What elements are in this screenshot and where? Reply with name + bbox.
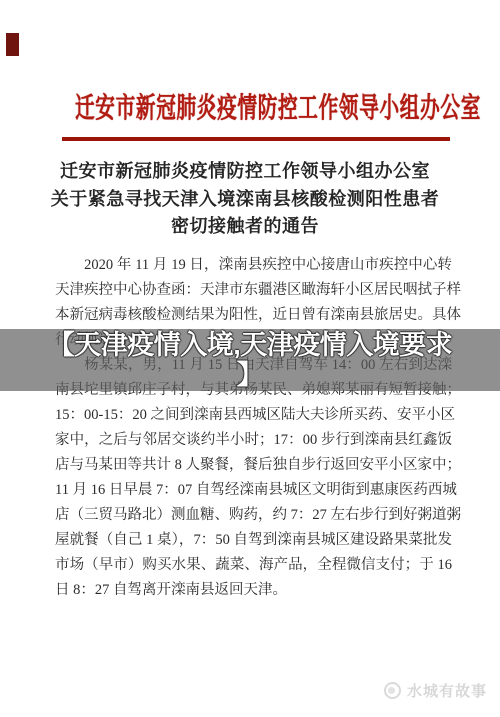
body-line: 市场（早市）购买水果、蔬菜、海产品，全程微信支付；于 16 (55, 553, 452, 578)
corner-red-mark (6, 33, 19, 56)
body-line: 店与马某田等共计 8 人聚餐，餐后独自步行返回安平小区家中； (55, 453, 452, 478)
notice-body: 2020 年 11 月 19 日，滦南县疾控中心接唐山市疾控中心转 天津疾控中心… (55, 253, 452, 603)
body-line: 15：00-15：20 之间到滦南县西城区陆大夫诊所买药、安平小区 (55, 403, 452, 428)
overlay-caption-text: 【天津疫情入境,天津疫情入境要求 (48, 330, 453, 360)
keyword-caption-overlay: 【天津疫情入境,天津疫情入境要求 】 (0, 329, 500, 391)
body-line: 家中，之后与邻居交谈约半小时；17：00 步行到滦南县红鑫饭 (55, 428, 452, 453)
notice-heading: 迁安市新冠肺炎疫情防控工作领导小组办公室 关于紧急寻找天津入境滦南县核酸检测阳性… (0, 158, 490, 241)
body-line: 日 8：27 自驾离开滦南县返回天津。 (55, 578, 452, 603)
circle-logo-icon (384, 682, 401, 699)
body-line: 2020 年 11 月 19 日，滦南县疾控中心接唐山市疾控中心转 (55, 253, 452, 278)
document-page: 迁安市新冠肺炎疫情防控工作领导小组办公室 迁安市新冠肺炎疫情防控工作领导小组办公… (0, 0, 500, 717)
body-line: 店（三贸马路北）测血糖、购药，约 7：27 左右步行到好粥道粥 (55, 503, 452, 528)
notice-heading-line-3: 密切接触者的通告 (0, 213, 490, 241)
notice-heading-line-1: 迁安市新冠肺炎疫情防控工作领导小组办公室 (0, 158, 490, 186)
body-line: 11 月 16 日早晨 7：07 自驾经滦南县城区文明街到惠康医药西城 (55, 478, 452, 503)
masthead-divider-rule (62, 137, 450, 141)
body-line: 天津疾控中心协查函：天津市东疆港区瞰海轩小区居民咽拭子样 (55, 278, 452, 303)
overlay-caption-closing-bracket: 】 (237, 360, 264, 390)
watermark: 水城有故事 (384, 680, 487, 701)
watermark-text: 水城有故事 (407, 680, 487, 701)
body-line: 本新冠病毒核酸检测结果为阳性，近日曾有滦南县旅居史。具体 (55, 303, 452, 328)
notice-heading-line-2: 关于紧急寻找天津入境滦南县核酸检测阳性患者 (0, 186, 490, 214)
masthead-title: 迁安市新冠肺炎疫情防控工作领导小组办公室 (75, 86, 425, 126)
body-line: 屋就餐（自己 1 桌），7：50 自驾到滦南县城区建设路果菜批发 (55, 528, 452, 553)
